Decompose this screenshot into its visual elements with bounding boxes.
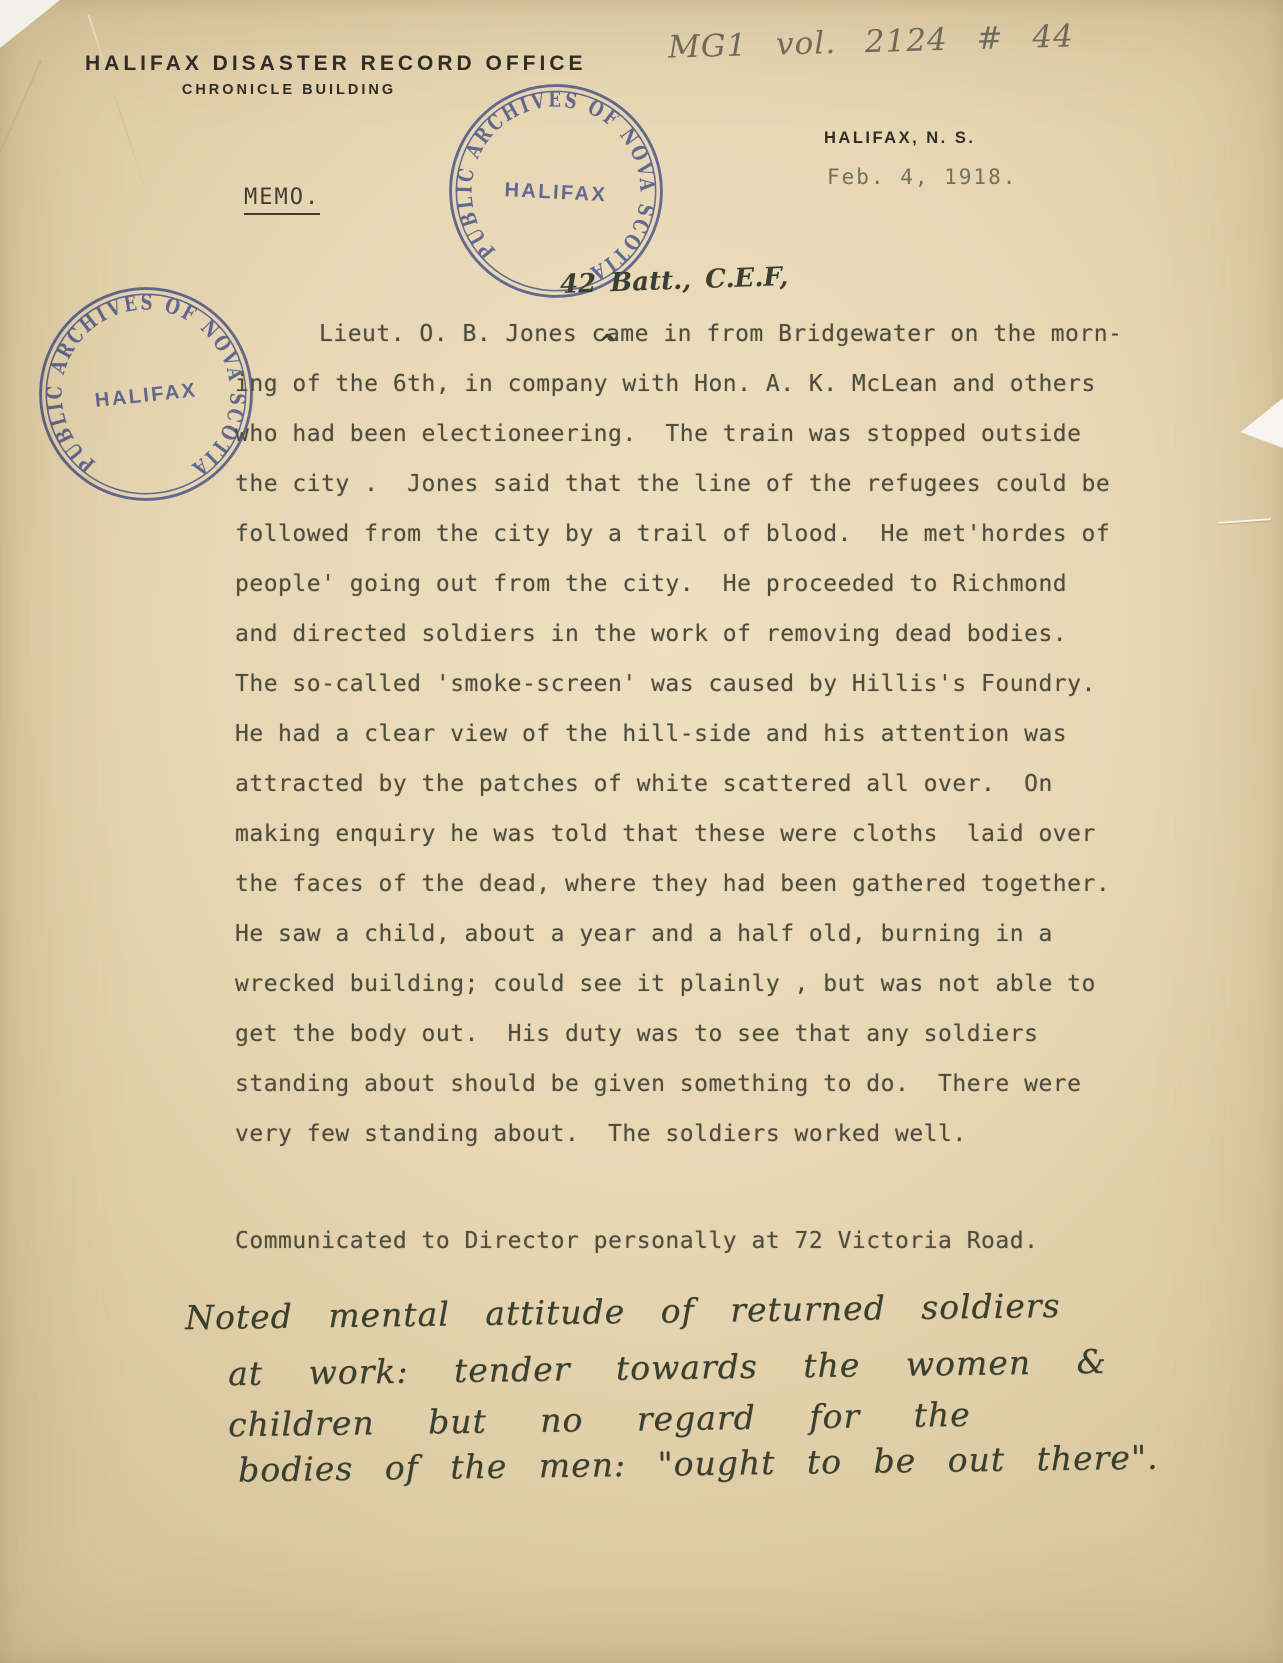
document-page: HALIFAX DISASTER RECORD OFFICE CHRONICLE… — [0, 0, 1283, 1663]
letterhead: HALIFAX DISASTER RECORD OFFICE CHRONICLE… — [85, 52, 493, 98]
paper-corner-cut — [0, 0, 60, 48]
letterhead-office-name: HALIFAX DISASTER RECORD OFFICE — [85, 52, 493, 76]
place-line: HALIFAX, N. S. — [824, 129, 975, 148]
handwritten-note-line: children but no regard for the — [228, 1395, 971, 1444]
paper-edge-crack — [1219, 518, 1271, 524]
memo-label: MEMO. — [244, 185, 320, 215]
handwritten-note-line: bodies of the men: "ought to be out ther… — [238, 1438, 1159, 1490]
communication-note: Communicated to Director personally at 7… — [235, 1228, 1038, 1254]
paper-edge-tear — [1237, 398, 1283, 448]
paper-crease — [0, 60, 42, 298]
stamp-center-text: HALIFAX — [504, 179, 608, 206]
letterhead-building-name: CHRONICLE BUILDING — [85, 82, 493, 98]
handwritten-note-line: at work: tender towards the women & — [228, 1342, 1107, 1393]
handwritten-note-line: Noted mental attitude of returned soldie… — [185, 1286, 1061, 1337]
archival-reference-pencil-note: MG1 vol. 2124 # 44 — [668, 18, 1075, 65]
memo-body-text: Lieut. O. B. Jones came in from Bridgewa… — [235, 309, 1140, 1159]
paper-crease — [88, 15, 154, 215]
stamp-center-text: HALIFAX — [94, 379, 199, 412]
date-line: Feb. 4, 1918. — [827, 165, 1017, 189]
